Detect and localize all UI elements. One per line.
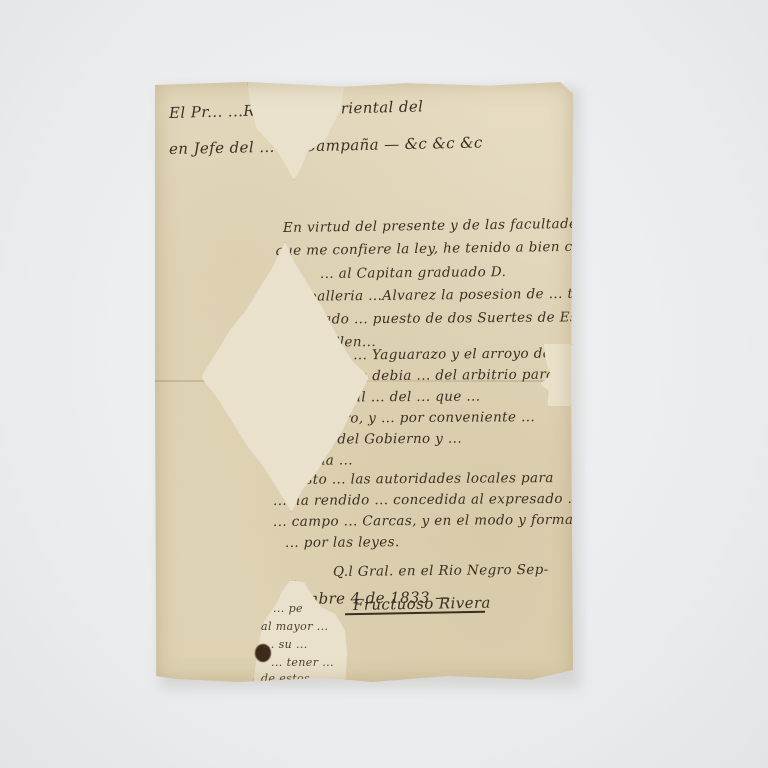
burn-hole-top: [247, 78, 345, 180]
fragment-line-2: al mayor ...: [261, 620, 328, 633]
fragment-line-1: ... pe: [273, 602, 303, 615]
place-line: Q.l Gral. en el Rio Negro Sep-: [333, 562, 549, 580]
body-line-14: ... ha rendido ... concedida al expresad…: [273, 491, 582, 509]
body-line-1: En virtud del presente y de las facultad…: [283, 216, 585, 236]
fragment-line-4: ... tener ...: [271, 656, 334, 669]
fragment-line-3: ... su ...: [263, 638, 308, 651]
document-paper: El Pr... ...Republica Oriental del en Je…: [155, 82, 573, 682]
body-line-15: ... campo ... Carcas, y en el modo y for…: [273, 512, 607, 530]
body-line-16: ... por las leyes.: [285, 534, 400, 551]
body-line-3: ... al Capitan graduado D.: [320, 264, 506, 282]
body-line-4: ... caballeria ...Alvarez la posesion de…: [273, 285, 609, 305]
photo-scene: El Pr... ...Republica Oriental del en Je…: [0, 0, 768, 768]
body-line-2: que me confiere la ley, he tenido a bien…: [275, 239, 595, 259]
